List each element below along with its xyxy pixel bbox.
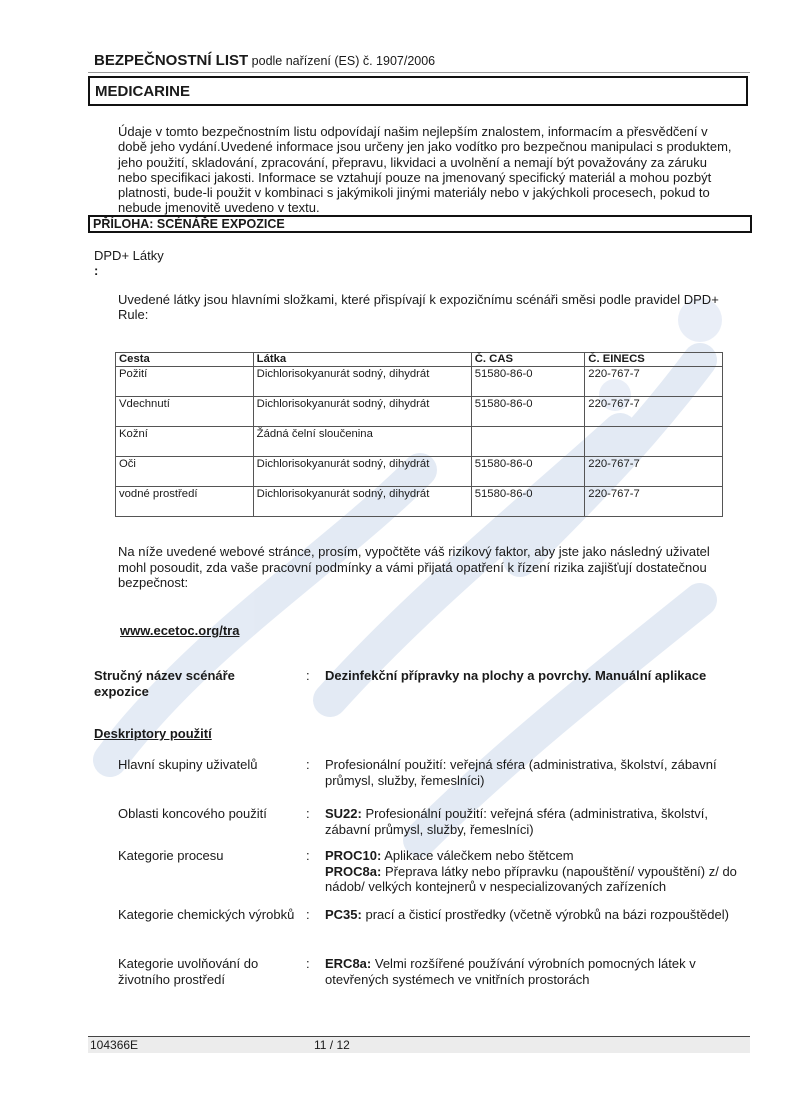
- descriptor-label: Kategorie chemických výrobků: [118, 907, 298, 923]
- descriptor-label: Kategorie procesu: [118, 848, 298, 864]
- dpd-label: DPD+ Látky: [94, 248, 164, 263]
- column-header-route: Cesta: [116, 353, 254, 367]
- product-name-box: MEDICARINE: [88, 76, 748, 106]
- cell-substance: Dichlorisokyanurát sodný, dihydrát: [253, 397, 471, 427]
- cell-einecs: 220-767-7: [585, 397, 723, 427]
- cell-substance: Žádná čelní sloučenina: [253, 427, 471, 457]
- substances-table: Cesta Látka Č. CAS Č. EINECS PožitíDichl…: [115, 352, 723, 517]
- descriptor-code: PC35:: [325, 907, 362, 922]
- column-header-substance: Látka: [253, 353, 471, 367]
- descriptor-text: prací a čisticí prostředky (včetně výrob…: [365, 907, 728, 922]
- scenario-name-colon: :: [306, 668, 310, 684]
- cell-route: Požití: [116, 367, 254, 397]
- cell-einecs: 220-767-7: [585, 487, 723, 517]
- descriptor-text: Přeprava látky nebo přípravku (napouštěn…: [325, 864, 737, 895]
- descriptor-colon: :: [306, 907, 310, 923]
- descriptor-line: PROC10: Aplikace válečkem nebo štětcem: [325, 848, 745, 864]
- ecetoc-link[interactable]: www.ecetoc.org/tra: [120, 623, 239, 638]
- product-name: MEDICARINE: [95, 83, 190, 100]
- descriptor-label: Oblasti koncového použití: [118, 806, 298, 822]
- descriptor-value: ERC8a: Velmi rozšířené používání výrobní…: [325, 956, 745, 987]
- descriptor-value: Profesionální použití: veřejná sféra (ad…: [325, 757, 745, 788]
- descriptor-line: PC35: prací a čisticí prostředky (včetně…: [325, 907, 745, 923]
- descriptor-line: SU22: Profesionální použití: veřejná sfé…: [325, 806, 745, 837]
- descriptor-label: Kategorie uvolňování do životního prostř…: [118, 956, 298, 987]
- cell-substance: Dichlorisokyanurát sodný, dihydrát: [253, 367, 471, 397]
- document-header: BEZPEČNOSTNÍ LIST podle nařízení (ES) č.…: [94, 52, 435, 69]
- cell-einecs: 220-767-7: [585, 367, 723, 397]
- section-title-box: PŘÍLOHA: SCÉNÁŘE EXPOZICE: [88, 215, 752, 233]
- cell-route: Vdechnutí: [116, 397, 254, 427]
- intro-paragraph: Údaje v tomto bezpečnostním listu odpoví…: [118, 124, 738, 216]
- column-header-einecs: Č. EINECS: [585, 353, 723, 367]
- descriptor-line: ERC8a: Velmi rozšířené používání výrobní…: [325, 956, 745, 987]
- descriptor-code: PROC8a:: [325, 864, 381, 879]
- cell-cas: 51580-86-0: [471, 487, 585, 517]
- cell-cas: 51580-86-0: [471, 397, 585, 427]
- document-id: 104366E: [90, 1037, 138, 1053]
- cell-substance: Dichlorisokyanurát sodný, dihydrát: [253, 457, 471, 487]
- table-header-row: Cesta Látka Č. CAS Č. EINECS: [116, 353, 723, 367]
- cell-einecs: 220-767-7: [585, 457, 723, 487]
- descriptor-label: Hlavní skupiny uživatelů: [118, 757, 298, 773]
- descriptor-code: SU22:: [325, 806, 362, 821]
- section-title: PŘÍLOHA: SCÉNÁŘE EXPOZICE: [93, 217, 285, 231]
- risk-paragraph: Na níže uvedené webové stránce, prosím, …: [118, 544, 738, 591]
- descriptor-colon: :: [306, 757, 310, 773]
- document-subtitle: podle nařízení (ES) č. 1907/2006: [252, 54, 435, 68]
- descriptor-value: SU22: Profesionální použití: veřejná sfé…: [325, 806, 745, 837]
- descriptor-colon: :: [306, 806, 310, 822]
- column-header-cas: Č. CAS: [471, 353, 585, 367]
- dpd-paragraph: Uvedené látky jsou hlavními složkami, kt…: [118, 292, 728, 322]
- cell-cas: [471, 427, 585, 457]
- scenario-name-label: Stručný název scénáře expozice: [94, 668, 274, 699]
- header-divider: [88, 72, 750, 73]
- descriptor-code: PROC10:: [325, 848, 381, 863]
- cell-route: vodné prostředí: [116, 487, 254, 517]
- dpd-colon: :: [94, 263, 98, 278]
- page-footer: 104366E 11 / 12: [88, 1037, 750, 1053]
- descriptor-text: Profesionální použití: veřejná sféra (ad…: [325, 806, 708, 837]
- descriptor-line: PROC8a: Přeprava látky nebo přípravku (n…: [325, 864, 745, 895]
- descriptor-line: Profesionální použití: veřejná sféra (ad…: [325, 757, 745, 788]
- table-row: KožníŽádná čelní sloučenina: [116, 427, 723, 457]
- cell-substance: Dichlorisokyanurát sodný, dihydrát: [253, 487, 471, 517]
- descriptor-colon: :: [306, 848, 310, 864]
- descriptor-code: ERC8a:: [325, 956, 371, 971]
- descriptor-text: Velmi rozšířené používání výrobních pomo…: [325, 956, 696, 987]
- cell-route: Kožní: [116, 427, 254, 457]
- cell-cas: 51580-86-0: [471, 367, 585, 397]
- scenario-name-value: Dezinfekční přípravky na plochy a povrch…: [325, 668, 715, 684]
- table-row: VdechnutíDichlorisokyanurát sodný, dihyd…: [116, 397, 723, 427]
- cell-route: Oči: [116, 457, 254, 487]
- table-row: vodné prostředíDichlorisokyanurát sodný,…: [116, 487, 723, 517]
- cell-cas: 51580-86-0: [471, 457, 585, 487]
- table-row: OčiDichlorisokyanurát sodný, dihydrát515…: [116, 457, 723, 487]
- descriptor-colon: :: [306, 956, 310, 972]
- page-number: 11 / 12: [314, 1037, 350, 1053]
- document-title: BEZPEČNOSTNÍ LIST: [94, 52, 248, 69]
- cell-einecs: [585, 427, 723, 457]
- descriptor-value: PROC10: Aplikace válečkem nebo štětcemPR…: [325, 848, 745, 895]
- descriptor-text: Profesionální použití: veřejná sféra (ad…: [325, 757, 717, 788]
- descriptor-value: PC35: prací a čisticí prostředky (včetně…: [325, 907, 745, 923]
- table-row: PožitíDichlorisokyanurát sodný, dihydrát…: [116, 367, 723, 397]
- descriptors-heading: Deskriptory použití: [94, 726, 212, 741]
- descriptor-text: Aplikace válečkem nebo štětcem: [384, 848, 573, 863]
